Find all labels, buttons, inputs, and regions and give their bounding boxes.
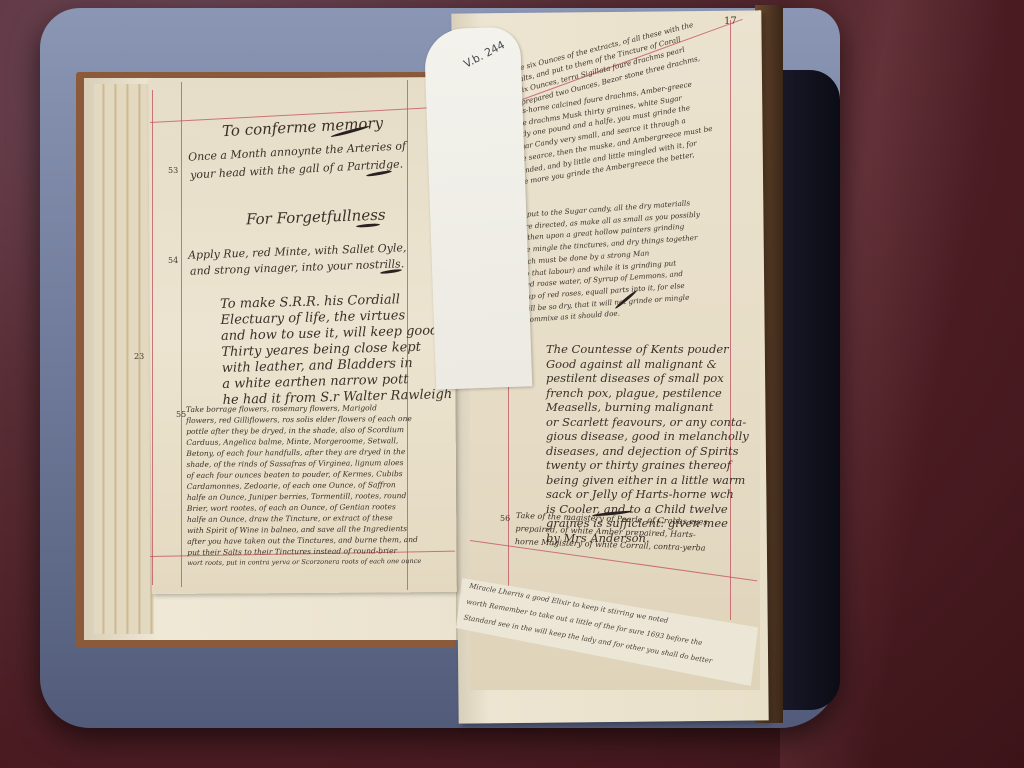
magistery-recipe: Take of the magistery of Pearle, of Crab… [515,512,708,558]
recipe-line: The Countesse of Kents pouder [546,344,749,356]
recipe-number-54: 54 [168,256,178,265]
recipe-line: gious disease, good in melancholly [546,431,749,443]
recipe-line: Brier, wort rootes, of each an Ounce, of… [187,503,421,513]
recipe-line: Carduus, Angelica balme, Minte, Morgeroo… [186,437,420,447]
recipe-line: being given either in a little warm [546,475,749,487]
left-inner-rule [181,82,182,587]
recipe-line: put their Salts to their Tinctures inste… [187,547,421,557]
recipe-line: halfe an Ounce, draw the Tincture, or ex… [187,514,421,524]
recipe-line: sack or Jelly of Harts-horne wch [546,489,749,501]
recipe-55-body: Take borrage flowers, rosemary flowers, … [186,404,421,570]
stack-rule [152,90,153,585]
recipe-line: wort roots, put in contra yerva or Scorz… [187,558,421,567]
recipe-line: pestilent diseases of small pox [546,373,749,385]
recipe-line: with Spirit of Wine in balneo, and save … [187,525,421,535]
folio-number-23: 23 [134,352,144,361]
right-continuation-lower: then put to the Sugar candy, all the dry… [508,199,707,329]
recipe-line: or Scarlett feavours, or any conta- [546,417,749,429]
recipe-line: Take borrage flowers, rosemary flowers, … [186,404,420,414]
recipe-number-56: 56 [500,514,510,523]
recipe-line: halfe an Ounce, Juniper berries, Torment… [187,492,421,502]
recipe-line: pottle after they be dryed, in the shade… [186,426,420,436]
recipe-line: french pox, plague, pestilence [546,388,749,400]
library-call-slip [424,26,533,389]
recipe-line: after you have taken out the Tinctures, … [187,536,421,546]
recipe-line: Betony, of each four handfulls, after th… [186,448,420,458]
recipe-line: twenty or thirty graines thereof [546,460,749,472]
recipe-line: horne Magistery of white Corrall, contra… [515,538,707,553]
recipe-line: of each four ounces beaten to pouder, of… [187,470,421,480]
recipe-line: Good against all malignant & [546,359,749,371]
recipe-number-53: 53 [168,166,178,175]
page-number: 17 [724,16,737,27]
cordiall-recipe: To make S.R.R. his Cordiall Electuary of… [220,292,452,410]
recipe-line: Cardamonnes, Zedoarie, of each one Ounce… [187,481,421,491]
recipe-line: Measells, burning malignant [546,402,749,414]
recipe-number-55: 55 [176,410,186,419]
recipe-line: flowers, red Gilliflowers, ros solis eld… [186,415,420,425]
left-fore-edges [94,84,154,634]
recipe-line: shade, of the rinds of Sassafras of Virg… [186,459,420,469]
recipe-line: diseases, and dejection of Spirits [546,446,749,458]
